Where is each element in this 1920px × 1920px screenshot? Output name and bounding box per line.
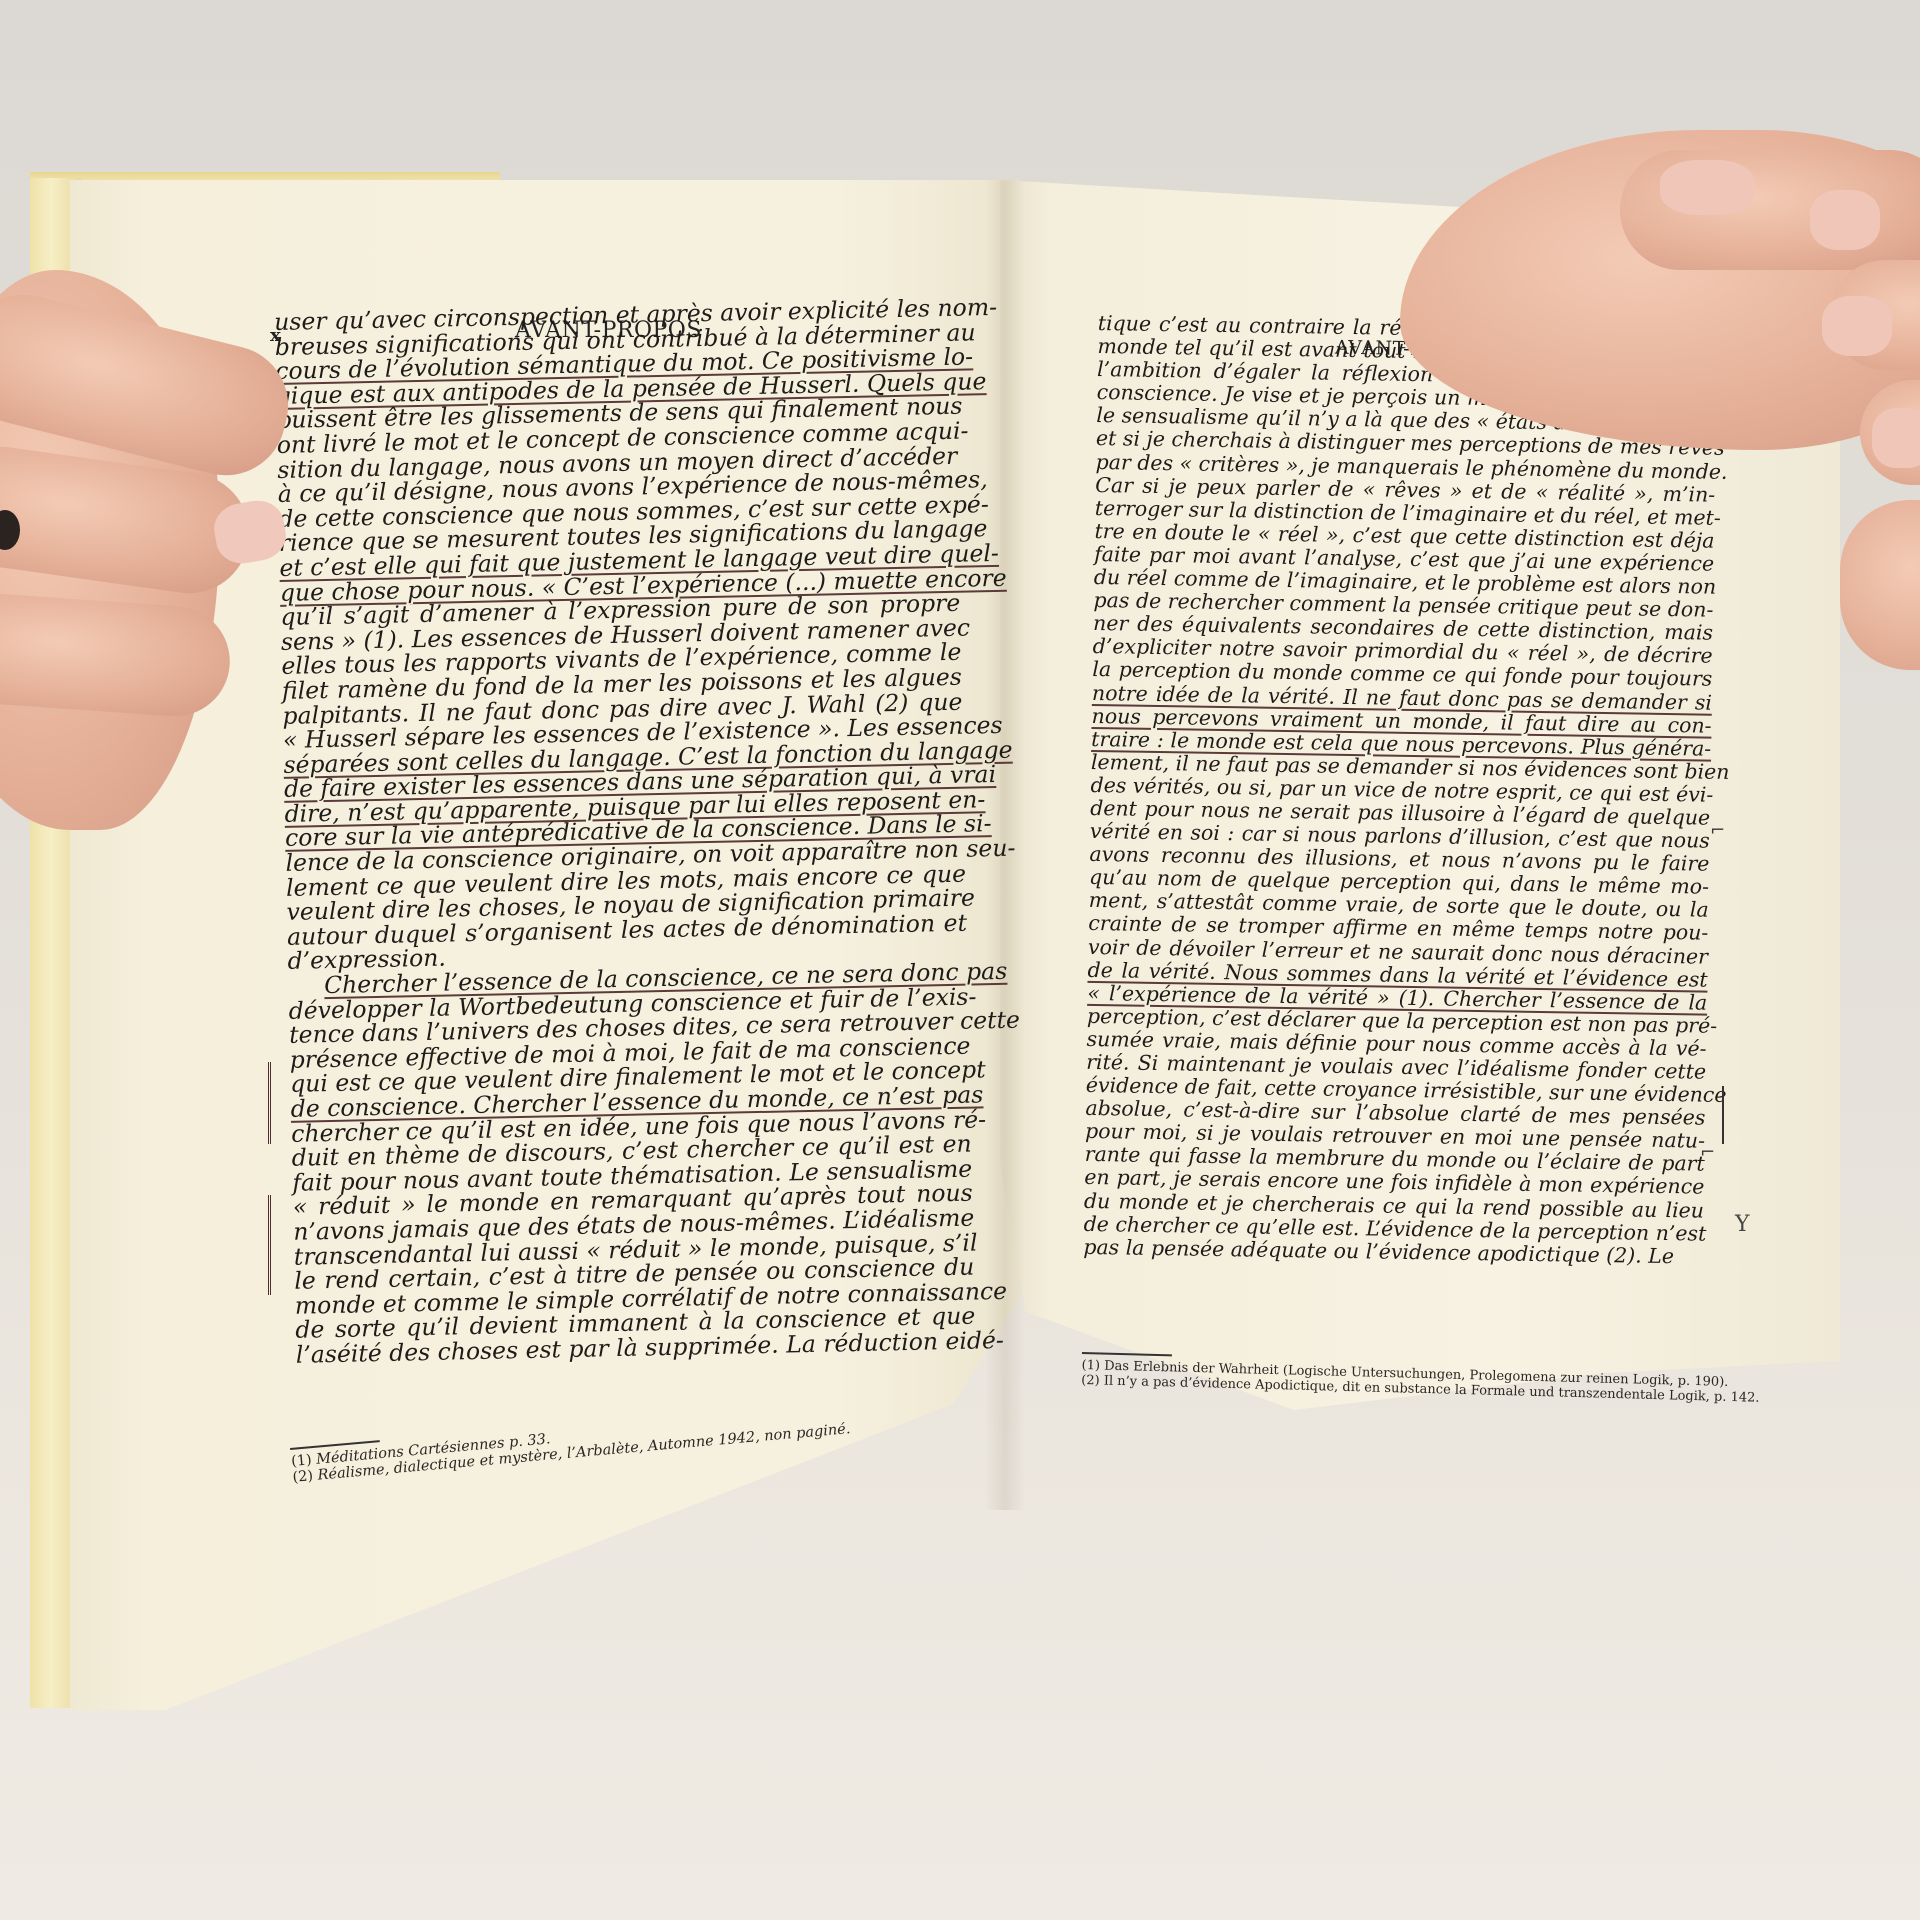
photo-scene: x AVANT-PROPOS user qu’avec circonspecti… xyxy=(0,0,1920,1920)
left-page-body: user qu’avec circonspection et après avo… xyxy=(274,296,976,1368)
margin-check-icon: Y xyxy=(1735,1212,1750,1237)
right-finger xyxy=(1840,500,1920,670)
right-thumbnail xyxy=(1660,160,1755,215)
footnote-number: (2) xyxy=(292,1468,314,1486)
margin-double-line-mark xyxy=(268,1062,271,1144)
right-page-body: tique c’est au contraire la résolution d… xyxy=(1083,312,1718,1268)
right-fingernail xyxy=(1810,190,1880,250)
footnote-number: (1) xyxy=(291,1452,313,1470)
footnote-number: (2) xyxy=(1081,1373,1100,1388)
right-fingernail xyxy=(1872,408,1920,468)
margin-bracket-icon: ⌐ xyxy=(1700,1142,1715,1163)
right-fingernail xyxy=(1822,296,1892,356)
margin-bracket-icon: ⌐ xyxy=(1710,820,1725,841)
margin-line-mark xyxy=(1722,1086,1724,1144)
margin-double-line-mark xyxy=(268,1195,271,1295)
footnote-number: (1) xyxy=(1081,1358,1100,1373)
